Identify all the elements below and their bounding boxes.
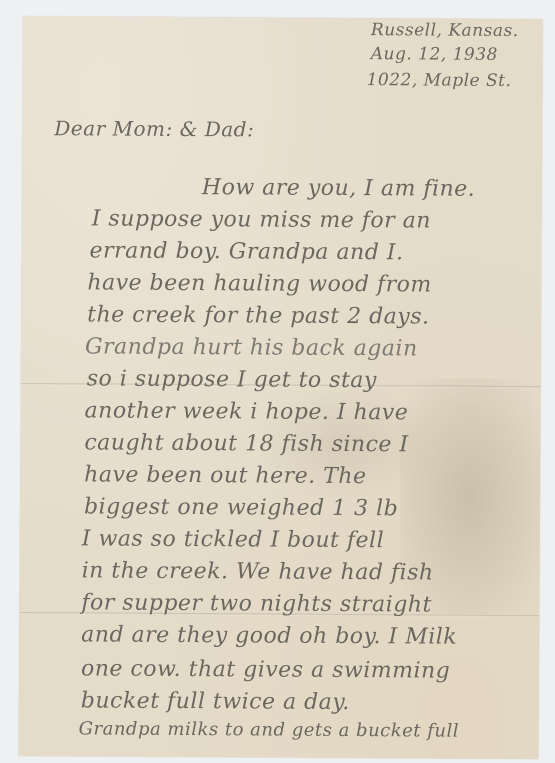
body-line-18: Grandpa milks to and gets a bucket full (79, 718, 460, 741)
salutation: Dear Mom: & Dad: (54, 116, 254, 141)
header-date: Aug. 12, 1938 (371, 44, 498, 65)
body-line-12: I was so tickled I bout fell (82, 526, 385, 553)
body-line-11: biggest one weighed 1 3 lb (84, 494, 398, 521)
body-line-5: the creek for the past 2 days. (87, 302, 430, 329)
body-line-4: have been hauling wood from (87, 270, 432, 297)
body-line-7: so i suppose I get to stay (87, 366, 377, 393)
body-line-10: have been out here. The (84, 462, 366, 489)
body-line-15: and are they good oh boy. I Milk (81, 622, 457, 649)
body-line-1: How are you, I am fine. (202, 175, 475, 202)
body-line-16: one cow. that gives a swimming (81, 656, 450, 683)
body-line-6: Grandpa hurt his back again (85, 334, 418, 361)
body-line-3: errand boy. Grandpa and I. (89, 238, 403, 265)
body-line-2: I suppose you miss me for an (92, 206, 431, 233)
letter-paper: Russell, Kansas. Aug. 12, 1938 1022, Map… (18, 16, 543, 759)
body-line-17: bucket full twice a day. (81, 688, 350, 715)
body-line-8: another week i hope. I have (85, 398, 409, 425)
header-address: 1022, Maple St. (367, 70, 512, 91)
header-city: Russell, Kansas. (371, 20, 519, 41)
body-line-13: in the creek. We have had fish (82, 558, 434, 585)
body-line-14: for supper two nights straight (81, 590, 432, 617)
body-line-9: caught about 18 fish since I (84, 430, 408, 457)
